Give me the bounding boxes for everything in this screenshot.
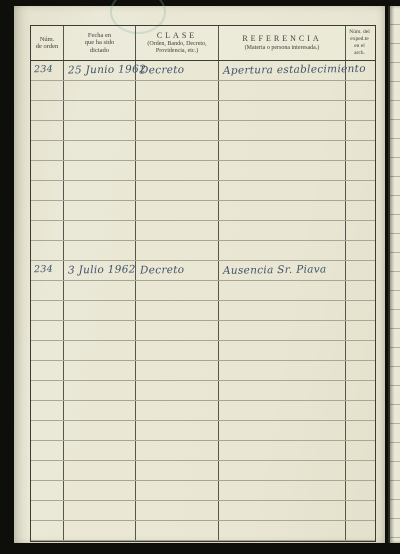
cell-exped — [346, 121, 373, 140]
handwritten-entry — [68, 224, 133, 225]
cell-referencia — [219, 521, 346, 540]
handwritten-entry — [140, 163, 216, 164]
cell-num — [31, 341, 64, 360]
cell-clase — [136, 441, 219, 460]
handwritten-entry — [140, 443, 216, 444]
handwritten-entry — [68, 404, 133, 405]
handwritten-entry — [68, 84, 133, 85]
cell-clase — [136, 381, 219, 400]
cell-num — [31, 301, 64, 320]
cell-num — [31, 461, 64, 480]
cell-clase — [136, 221, 219, 240]
handwritten-entry: Ausencia Sr. Piava — [223, 263, 343, 277]
cell-clase — [136, 201, 219, 220]
cell-referencia — [219, 321, 346, 340]
handwritten-entry — [223, 283, 343, 285]
handwritten-entry — [68, 504, 133, 505]
cell-fecha — [64, 341, 136, 360]
cell-exped — [346, 281, 373, 300]
handwritten-entry — [223, 223, 343, 225]
handwritten-entry — [68, 344, 133, 345]
handwritten-entry — [68, 124, 133, 125]
cell-num — [31, 161, 64, 180]
cell-referencia — [219, 441, 346, 460]
cell-fecha — [64, 521, 136, 540]
header-referencia: REFERENCIA (Materia o persona interesada… — [219, 26, 346, 60]
cell-num — [31, 381, 64, 400]
handwritten-entry: Decreto — [140, 263, 216, 277]
cell-fecha — [64, 181, 136, 200]
cell-num — [31, 81, 64, 100]
handwritten-entry — [140, 423, 216, 424]
cell-referencia — [219, 281, 346, 300]
cell-exped — [346, 361, 373, 380]
cell-fecha — [64, 321, 136, 340]
cell-exped — [346, 261, 373, 280]
cell-fecha — [64, 141, 136, 160]
next-page-edge — [388, 6, 400, 543]
handwritten-entry — [223, 303, 343, 305]
header-title: CLASE — [157, 31, 197, 40]
cell-num: 234 — [31, 61, 64, 80]
cell-exped — [346, 141, 373, 160]
cell-referencia — [219, 161, 346, 180]
handwritten-entry — [68, 464, 133, 465]
cell-referencia — [219, 301, 346, 320]
handwritten-entry — [140, 503, 216, 504]
cell-exped — [346, 81, 373, 100]
cell-clase — [136, 341, 219, 360]
handwritten-entry — [140, 143, 216, 144]
table-row: 23425 Junio 1962DecretoApertura establec… — [31, 61, 375, 81]
cell-fecha — [64, 161, 136, 180]
cell-referencia — [219, 81, 346, 100]
handwritten-entry — [223, 323, 343, 325]
header-label: en el — [354, 43, 365, 50]
cell-clase — [136, 121, 219, 140]
handwritten-entry — [68, 324, 133, 325]
handwritten-entry — [223, 503, 343, 505]
cell-referencia — [219, 121, 346, 140]
cell-num — [31, 361, 64, 380]
handwritten-entry — [140, 483, 216, 484]
cell-referencia — [219, 501, 346, 520]
handwritten-entry — [68, 484, 133, 485]
cell-fecha — [64, 81, 136, 100]
table-row — [31, 441, 375, 461]
cell-clase — [136, 241, 219, 260]
handwritten-entry: 25 Junio 1962 — [68, 64, 133, 78]
cell-num — [31, 321, 64, 340]
cell-clase — [136, 101, 219, 120]
handwritten-entry — [223, 243, 343, 245]
handwritten-entry — [68, 444, 133, 445]
header-num-orden: Núm. de orden — [31, 26, 64, 60]
cell-fecha — [64, 461, 136, 480]
handwritten-entry — [223, 523, 343, 525]
table-row — [31, 241, 375, 261]
cell-num — [31, 281, 64, 300]
handwritten-entry — [223, 403, 343, 405]
table-row — [31, 501, 375, 521]
header-subtitle: (Materia o persona interesada.) — [245, 45, 320, 52]
table-row — [31, 341, 375, 361]
handwritten-entry — [140, 383, 216, 384]
cell-exped — [346, 301, 373, 320]
cell-clase: Decreto — [136, 261, 219, 280]
handwritten-entry: 234 — [34, 64, 61, 76]
header-label: exped.te — [350, 36, 368, 43]
table-row — [31, 481, 375, 501]
handwritten-entry — [68, 284, 133, 285]
cell-clase — [136, 481, 219, 500]
table-row — [31, 521, 375, 541]
handwritten-entry — [223, 183, 343, 185]
cell-referencia: Ausencia Sr. Piava — [219, 261, 346, 280]
header-label: Núm. — [40, 36, 55, 43]
table-row — [31, 81, 375, 101]
cell-exped — [346, 101, 373, 120]
cell-exped — [346, 161, 373, 180]
cell-fecha: 3 Julio 1962 — [64, 261, 136, 280]
cell-clase — [136, 401, 219, 420]
cell-exped — [346, 201, 373, 220]
handwritten-entry — [223, 143, 343, 145]
cell-num: 234 — [31, 261, 64, 280]
table-row — [31, 321, 375, 341]
handwritten-entry — [140, 403, 216, 404]
handwritten-entry: Apertura establecimiento — [223, 63, 343, 77]
handwritten-entry — [223, 83, 343, 85]
table-row — [31, 361, 375, 381]
handwritten-entry — [68, 424, 133, 425]
handwritten-entry — [140, 203, 216, 204]
handwritten-entry — [223, 443, 343, 445]
header-label: dictado — [90, 47, 109, 54]
cell-fecha — [64, 121, 136, 140]
cell-exped — [346, 521, 373, 540]
header-num-expediente: Núm. del exped.te en el arch. — [346, 26, 373, 60]
cell-num — [31, 101, 64, 120]
handwritten-entry — [140, 523, 216, 524]
header-subtitle: Providencia, etc.) — [156, 48, 198, 55]
handwritten-entry — [68, 144, 133, 145]
handwritten-entry: Decreto — [140, 63, 216, 77]
handwritten-entry — [223, 123, 343, 125]
header-title: REFERENCIA — [242, 34, 321, 43]
cell-clase — [136, 301, 219, 320]
cell-clase — [136, 521, 219, 540]
table-body: 23425 Junio 1962DecretoApertura establec… — [31, 61, 375, 541]
header-label: de orden — [36, 43, 59, 50]
handwritten-entry — [68, 384, 133, 385]
handwritten-entry — [140, 83, 216, 84]
cell-referencia — [219, 201, 346, 220]
handwritten-entry — [140, 123, 216, 124]
cell-fecha — [64, 401, 136, 420]
cell-exped — [346, 341, 373, 360]
cell-clase — [136, 321, 219, 340]
handwritten-entry — [140, 103, 216, 104]
cell-referencia — [219, 141, 346, 160]
table-row — [31, 221, 375, 241]
ledger-table: Núm. de orden Fecha en que ha sido dicta… — [30, 25, 376, 542]
cell-num — [31, 201, 64, 220]
handwritten-entry: 3 Julio 1962 — [68, 264, 133, 278]
handwritten-entry — [140, 183, 216, 184]
handwritten-entry — [140, 343, 216, 344]
header-label: Fecha en — [88, 32, 111, 39]
handwritten-entry — [140, 243, 216, 244]
cell-fecha — [64, 221, 136, 240]
table-row — [31, 141, 375, 161]
cell-num — [31, 421, 64, 440]
header-label: arch. — [354, 50, 365, 57]
handwritten-entry — [68, 364, 133, 365]
handwritten-entry — [223, 423, 343, 425]
cell-fecha — [64, 501, 136, 520]
cell-referencia — [219, 361, 346, 380]
cell-fecha — [64, 481, 136, 500]
handwritten-entry — [68, 164, 133, 165]
handwritten-entry — [140, 363, 216, 364]
table-row — [31, 381, 375, 401]
handwritten-entry — [223, 103, 343, 105]
cell-exped — [346, 481, 373, 500]
handwritten-entry — [68, 184, 133, 185]
handwritten-entry — [140, 323, 216, 324]
header-fecha: Fecha en que ha sido dictado — [64, 26, 136, 60]
cell-num — [31, 521, 64, 540]
cell-num — [31, 501, 64, 520]
handwritten-entry — [68, 104, 133, 105]
cell-num — [31, 181, 64, 200]
table-row — [31, 121, 375, 141]
cell-exped — [346, 221, 373, 240]
table-row: 2343 Julio 1962DecretoAusencia Sr. Piava — [31, 261, 375, 281]
handwritten-entry — [223, 163, 343, 165]
table-row — [31, 461, 375, 481]
table-row — [31, 181, 375, 201]
cell-referencia — [219, 181, 346, 200]
cell-exped — [346, 181, 373, 200]
cell-num — [31, 141, 64, 160]
table-row — [31, 401, 375, 421]
cell-fecha — [64, 421, 136, 440]
cell-referencia — [219, 481, 346, 500]
cell-exped — [346, 461, 373, 480]
handwritten-entry — [68, 524, 133, 525]
cell-exped — [346, 401, 373, 420]
ledger-page: Núm. de orden Fecha en que ha sido dicta… — [14, 6, 385, 543]
cell-referencia: Apertura establecimiento — [219, 61, 346, 80]
cell-referencia — [219, 461, 346, 480]
cell-referencia — [219, 101, 346, 120]
table-row — [31, 421, 375, 441]
cell-fecha — [64, 201, 136, 220]
cell-clase — [136, 501, 219, 520]
header-label: que ha sido — [85, 39, 115, 46]
cell-clase — [136, 181, 219, 200]
handwritten-entry — [68, 204, 133, 205]
table-row — [31, 281, 375, 301]
cell-num — [31, 401, 64, 420]
cell-fecha — [64, 101, 136, 120]
cell-referencia — [219, 401, 346, 420]
cell-exped — [346, 321, 373, 340]
cell-clase — [136, 461, 219, 480]
cell-fecha — [64, 381, 136, 400]
cell-clase — [136, 281, 219, 300]
table-row — [31, 161, 375, 181]
cell-num — [31, 221, 64, 240]
cell-fecha — [64, 361, 136, 380]
cell-clase: Decreto — [136, 61, 219, 80]
handwritten-entry — [223, 203, 343, 205]
handwritten-entry — [140, 223, 216, 224]
cell-clase — [136, 421, 219, 440]
cell-referencia — [219, 241, 346, 260]
handwritten-entry — [223, 483, 343, 485]
handwritten-entry — [223, 343, 343, 345]
cell-referencia — [219, 221, 346, 240]
cell-fecha — [64, 241, 136, 260]
cell-clase — [136, 361, 219, 380]
header-label: Núm. del — [349, 29, 369, 36]
handwritten-entry — [68, 244, 133, 245]
handwritten-entry — [223, 383, 343, 385]
cell-fecha — [64, 441, 136, 460]
cell-exped — [346, 421, 373, 440]
cell-exped — [346, 501, 373, 520]
handwritten-entry — [140, 463, 216, 464]
cell-num — [31, 121, 64, 140]
cell-clase — [136, 141, 219, 160]
header-clase: CLASE (Orden, Bando, Decreto, Providenci… — [136, 26, 219, 60]
cell-referencia — [219, 341, 346, 360]
cell-clase — [136, 161, 219, 180]
cell-fecha: 25 Junio 1962 — [64, 61, 136, 80]
cell-fecha — [64, 301, 136, 320]
cell-clase — [136, 81, 219, 100]
table-row — [31, 301, 375, 321]
handwritten-entry — [68, 304, 133, 305]
handwritten-entry — [140, 303, 216, 304]
table-row — [31, 101, 375, 121]
cell-exped — [346, 441, 373, 460]
cell-fecha — [64, 281, 136, 300]
cell-referencia — [219, 421, 346, 440]
cell-num — [31, 441, 64, 460]
cell-referencia — [219, 381, 346, 400]
table-header-row: Núm. de orden Fecha en que ha sido dicta… — [31, 26, 375, 61]
handwritten-entry — [140, 283, 216, 284]
cell-exped — [346, 61, 373, 80]
table-row — [31, 201, 375, 221]
cell-exped — [346, 241, 373, 260]
handwritten-entry: 234 — [34, 264, 61, 276]
cell-num — [31, 241, 64, 260]
cell-num — [31, 481, 64, 500]
cell-exped — [346, 381, 373, 400]
handwritten-entry — [223, 463, 343, 465]
handwritten-entry — [223, 363, 343, 365]
